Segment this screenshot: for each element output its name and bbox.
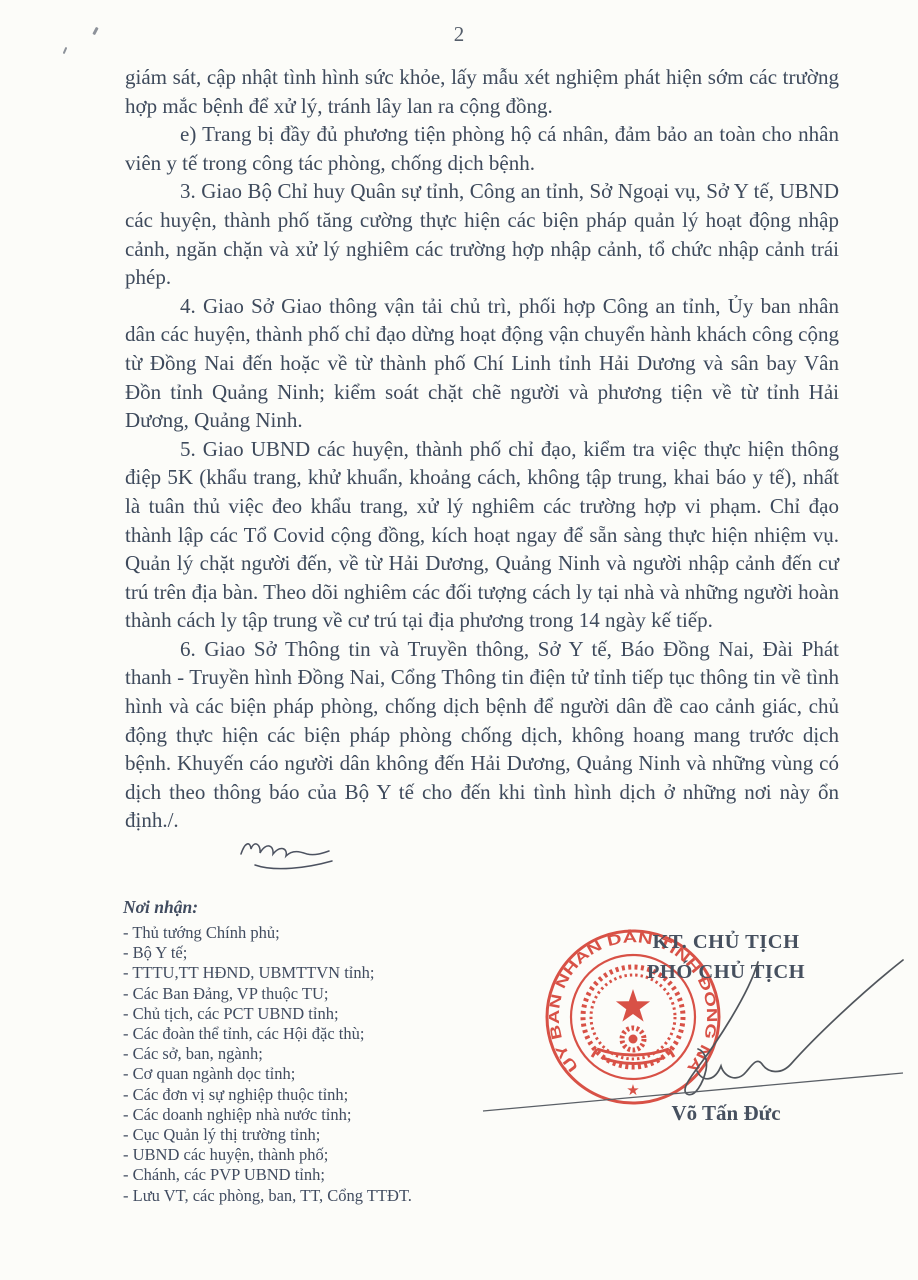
recipient-item: - Bộ Y tế; — [123, 943, 483, 963]
recipient-item: - Lưu VT, các phòng, ban, TT, Cổng TTĐT. — [123, 1186, 483, 1206]
recipient-item: - Các đoàn thể tỉnh, các Hội đặc thù; — [123, 1024, 483, 1044]
recipient-item: - Thủ tướng Chính phủ; — [123, 923, 483, 943]
recipient-item: - TTTU,TT HĐND, UBMTTVN tỉnh; — [123, 963, 483, 983]
recipient-item: - Các doanh nghiệp nhà nước tỉnh; — [123, 1105, 483, 1125]
paragraph-6: 6. Giao Sở Thông tin và Truyền thông, Sở… — [125, 635, 839, 835]
recipients-list: - Thủ tướng Chính phủ; - Bộ Y tế; - TTTU… — [123, 923, 483, 1206]
recipient-item: - Các đơn vị sự nghiệp thuộc tỉnh; — [123, 1085, 483, 1105]
paragraph-e: e) Trang bị đầy đủ phương tiện phòng hộ … — [125, 120, 839, 177]
recipient-item: - Cục Quản lý thị trường tỉnh; — [123, 1125, 483, 1145]
paragraph-3: 3. Giao Bộ Chỉ huy Quân sự tỉnh, Công an… — [125, 177, 839, 291]
paragraph-5: 5. Giao UBND các huyện, thành phố chỉ đạ… — [125, 435, 839, 635]
document-body: giám sát, cập nhật tình hình sức khỏe, l… — [125, 63, 839, 835]
recipients-label: Nơi nhận: — [123, 897, 483, 918]
handwritten-signature — [455, 930, 915, 1130]
recipient-item: - UBND các huyện, thành phố; — [123, 1145, 483, 1165]
scan-speck — [63, 47, 68, 54]
recipients-block: Nơi nhận: - Thủ tướng Chính phủ; - Bộ Y … — [123, 897, 483, 1206]
recipient-item: - Các Ban Đảng, VP thuộc TU; — [123, 984, 483, 1004]
recipient-item: - Các sở, ban, ngành; — [123, 1044, 483, 1064]
paragraph-4: 4. Giao Sở Giao thông vận tải chủ trì, p… — [125, 292, 839, 435]
page-number: 2 — [0, 22, 918, 47]
handwritten-initials — [235, 832, 355, 877]
paragraph-continuation: giám sát, cập nhật tình hình sức khỏe, l… — [125, 63, 839, 120]
recipient-item: - Chủ tịch, các PCT UBND tỉnh; — [123, 1004, 483, 1024]
recipient-item: - Cơ quan ngành dọc tỉnh; — [123, 1064, 483, 1084]
recipient-item: - Chánh, các PVP UBND tỉnh; — [123, 1165, 483, 1185]
